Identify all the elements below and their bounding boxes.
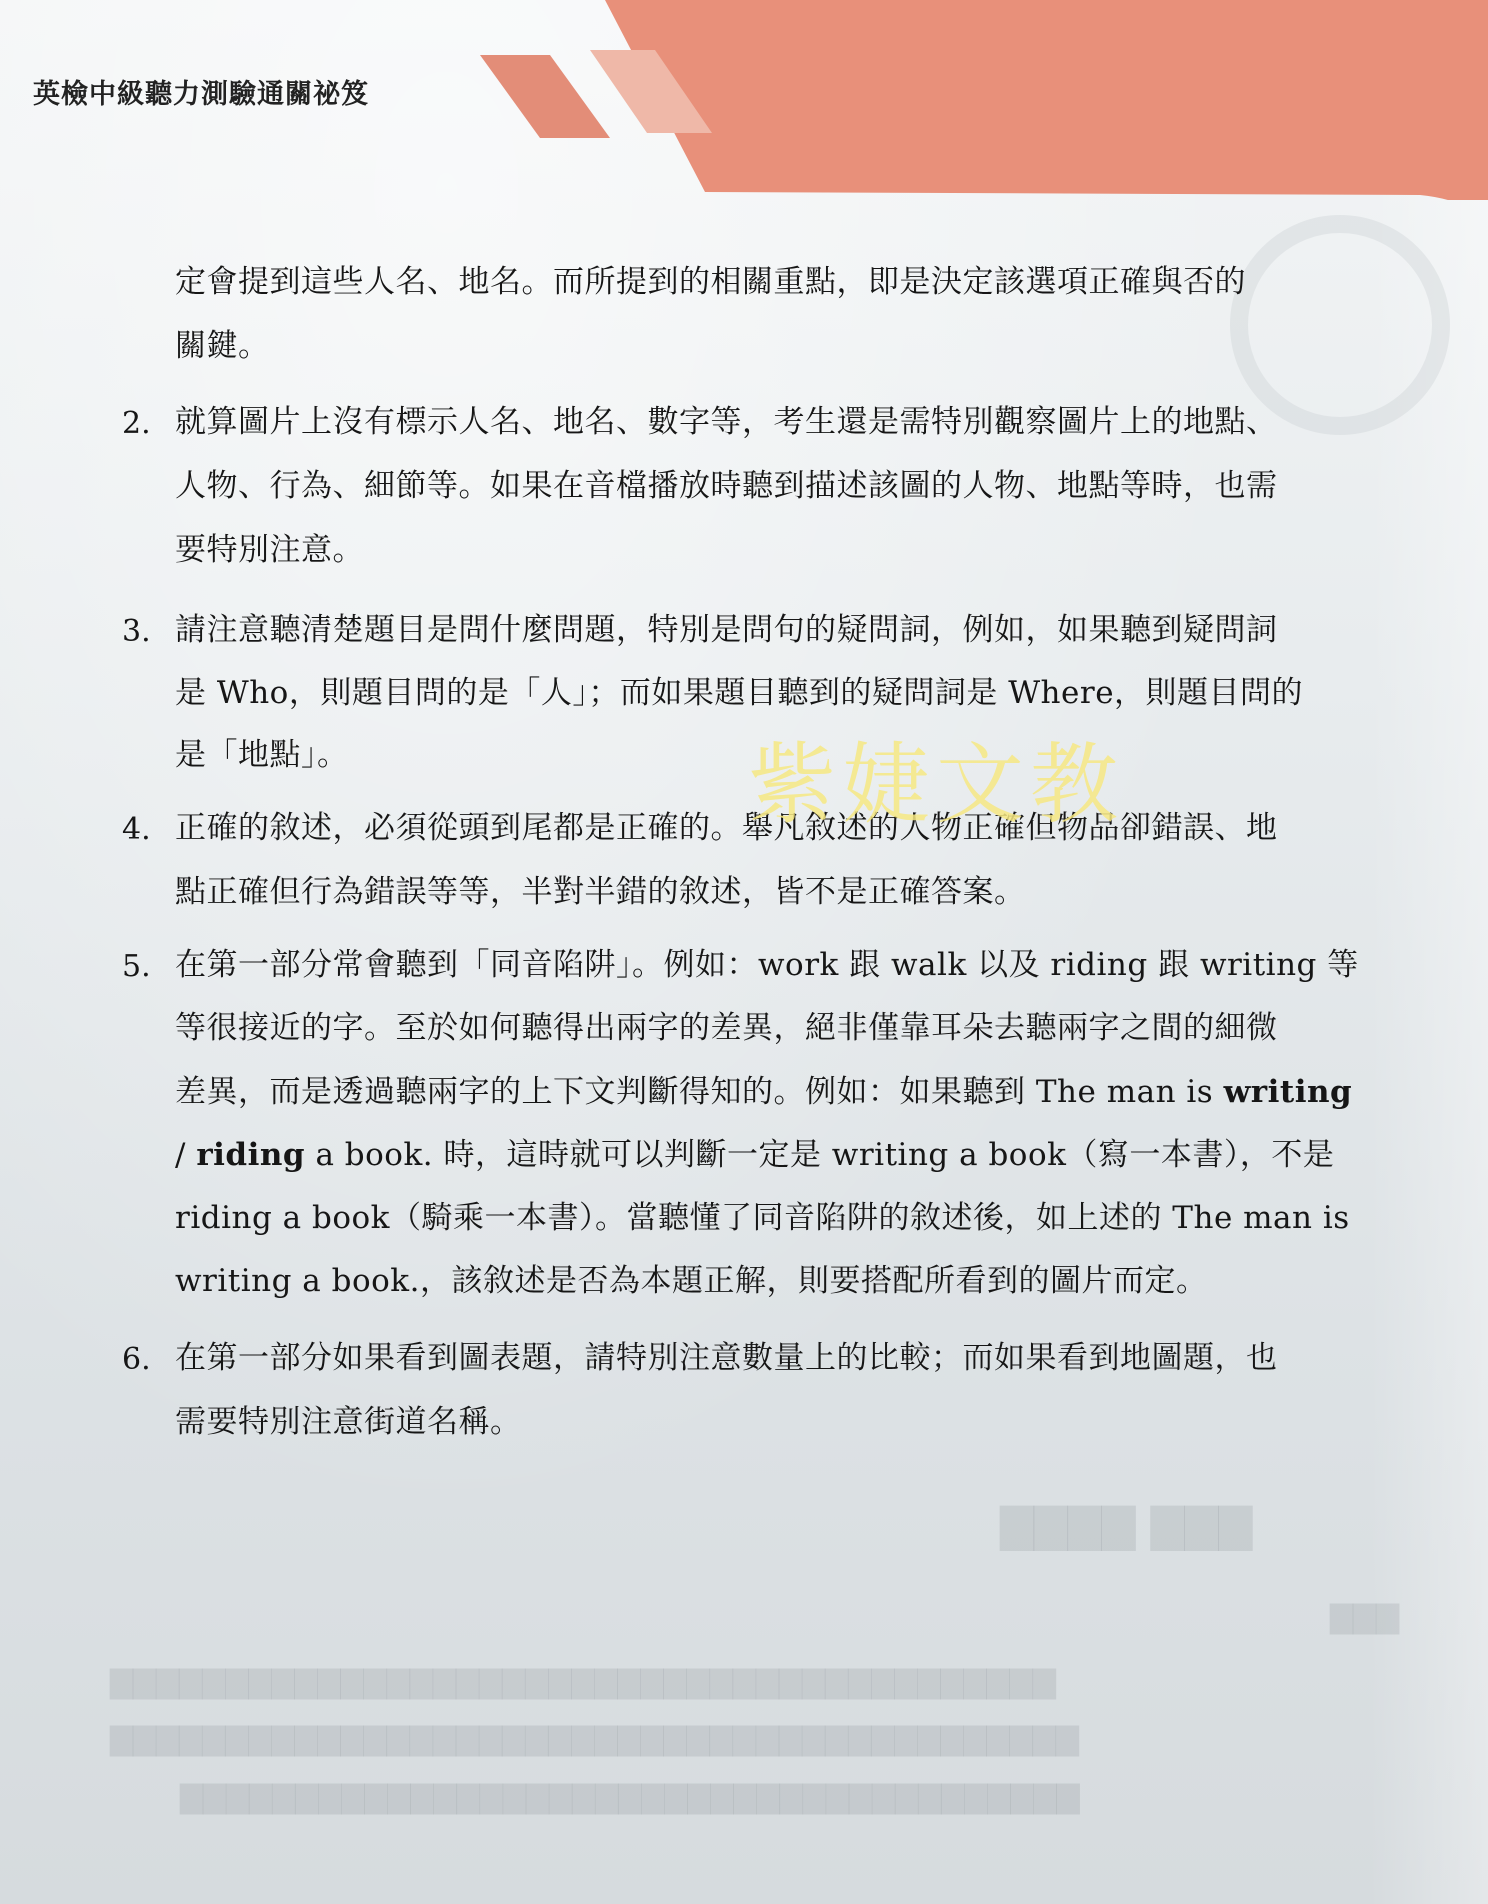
bold-term-riding: riding [196,1137,305,1173]
list-item-number: 2. [122,404,151,444]
list-item-line: 需要特別注意街道名稱。 [175,1402,522,1442]
list-item-number: 6. [122,1340,151,1380]
bleed-through-line: ▇▇▇▇▇▇▇▇▇▇▇▇▇▇▇▇▇▇▇▇▇▇▇▇▇▇▇▇▇▇▇▇▇▇▇▇▇▇▇ [180,1780,1080,1815]
list-item-line: 請注意聽清楚題目是問什麼問題，特別是問句的疑問詞，例如，如果聽到疑問詞 [175,610,1278,650]
list-item-line: 是 Who，則題目問的是「人」；而如果題目聽到的疑問詞是 Where，則題目問的 [175,673,1303,713]
list-item-number: 4. [122,810,151,850]
bleed-through-line: ▇▇▇▇▇▇▇▇▇▇▇▇▇▇▇▇▇▇▇▇▇▇▇▇▇▇▇▇▇▇▇▇▇▇▇▇▇▇▇▇… [110,1722,1079,1757]
list-item-line: 點正確但行為錯誤等等，半對半錯的敘述，皆不是正確答案。 [175,872,1026,912]
watermark: 紫婕文教 [748,715,1124,841]
slash: / [175,1137,196,1173]
list-item-line: 就算圖片上沒有標示人名、地名、數字等，考生還是需特別觀察圖片上的地點、 [175,402,1278,442]
list-item-line: riding a book（騎乘一本書）。當聽懂了同音陷阱的敘述後，如上述的 T… [175,1198,1350,1238]
line-text: a book. 時，這時就可以判斷一定是 writing a book（寫一本書… [305,1137,1334,1173]
list-item-line: 人物、行為、細節等。如果在音檔播放時聽到描述該圖的人物、地點等時，也需 [175,466,1278,506]
line-text: 差異，而是透過聽兩字的上下文判斷得知的。例如：如果聽到 The man is [175,1074,1224,1110]
list-item-line: 是「地點」。 [175,735,349,775]
list-item-number: 3. [122,612,151,652]
list-item-line: 等很接近的字。至於如何聽得出兩字的差異，絕非僅靠耳朵去聽兩字之間的細微 [175,1008,1278,1048]
continuation-line: 定會提到這些人名、地名。而所提到的相關重點，即是決定該選項正確與否的 [175,262,1246,302]
continuation-line: 關鍵。 [175,326,270,366]
list-item-line: 差異，而是透過聽兩字的上下文判斷得知的。例如：如果聽到 The man is w… [175,1072,1352,1112]
list-item-line: / riding a book. 時，這時就可以判斷一定是 writing a … [175,1135,1334,1175]
list-item-number: 5. [122,947,151,987]
list-item-line: 在第一部分如果看到圖表題，請特別注意數量上的比較；而如果看到地圖題，也 [175,1338,1278,1378]
bold-term-writing: writing [1224,1074,1353,1110]
page-header: 英檢中級聽力測驗通關祕笈 [0,0,1488,200]
list-item-line: 要特別注意。 [175,530,364,570]
header-tile-dark [480,55,610,138]
header-salmon-band [605,0,1488,200]
bleed-through-line: ▇▇▇▇▇▇▇▇▇▇▇▇▇▇▇▇▇▇▇▇▇▇▇▇▇▇▇▇▇▇▇▇▇▇▇▇▇▇▇▇… [110,1665,1056,1700]
bleed-through-subheading: ▇▇▇ [1330,1600,1399,1635]
list-item-line: writing a book.，該敘述是否為本題正解，則要搭配所看到的圖片而定。 [175,1261,1207,1301]
list-item-line: 在第一部分常會聽到「同音陷阱」。例如：work 跟 walk 以及 riding… [175,945,1359,985]
running-title: 英檢中級聽力測驗通關祕笈 [33,72,369,111]
bleed-through-heading: ▇▇▇ ▇▇▇▇ [1000,1500,1252,1551]
